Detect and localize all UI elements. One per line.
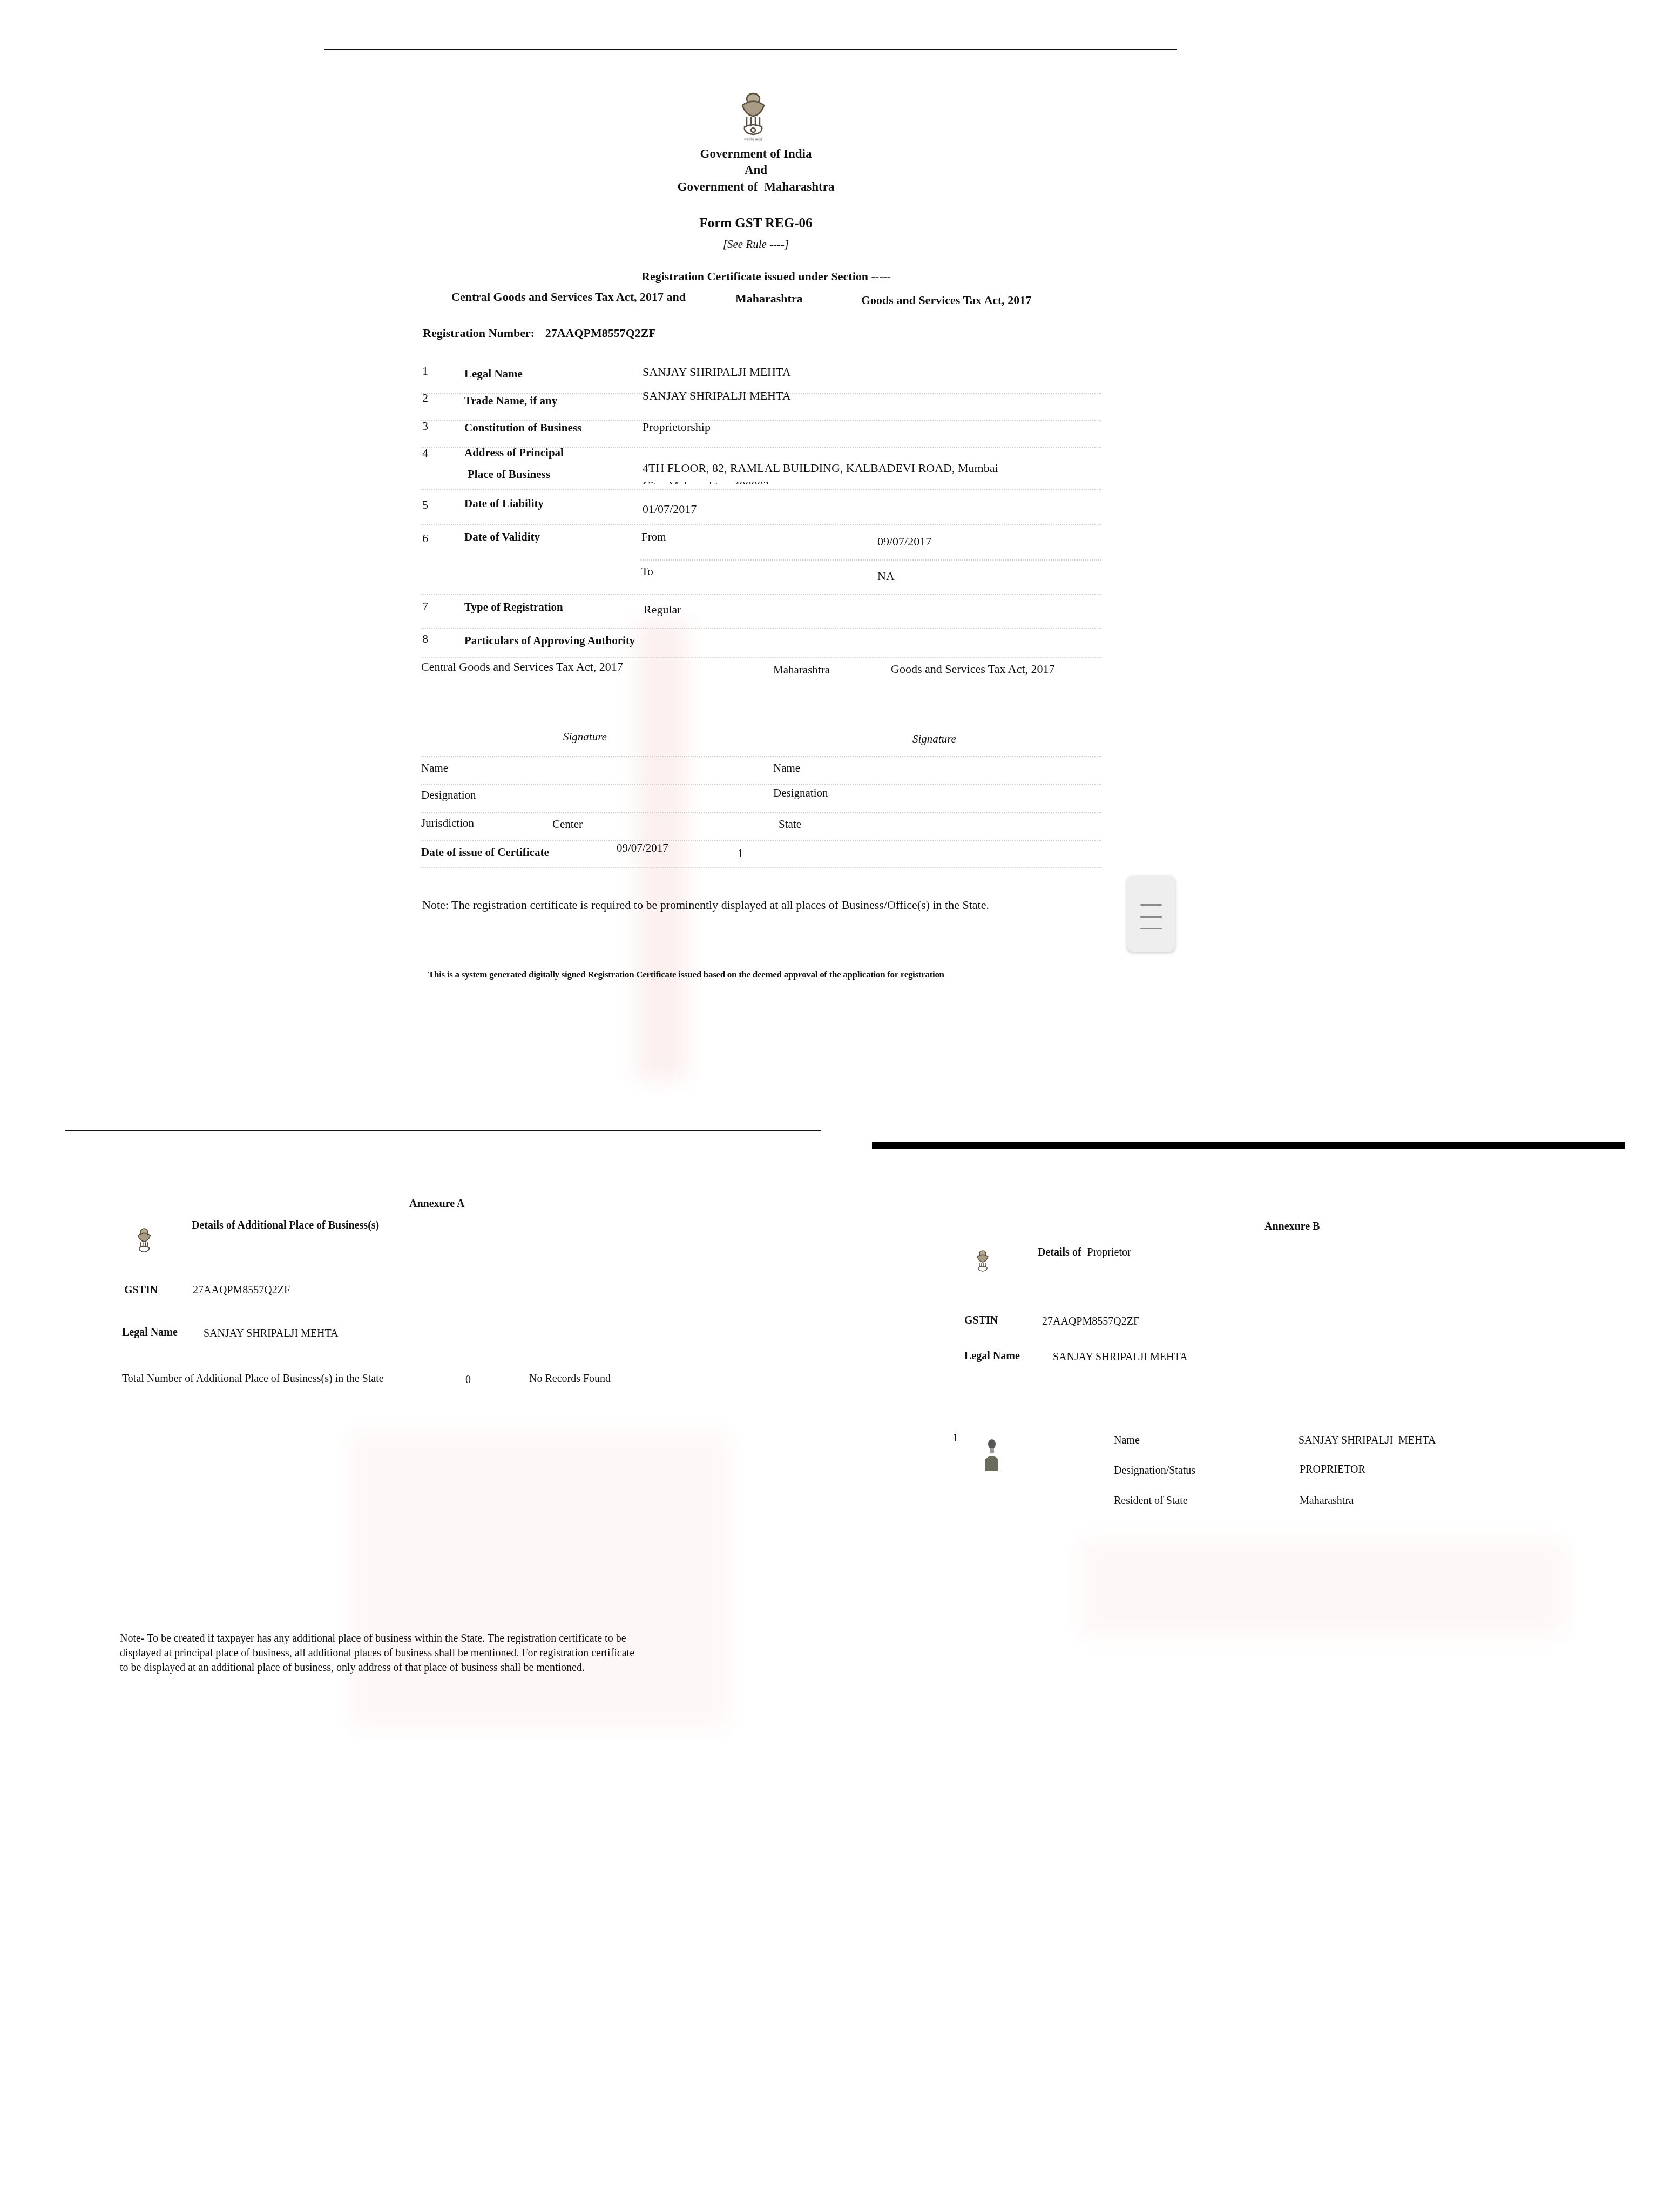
annexure-b-resident-value: Maharashtra xyxy=(1300,1495,1354,1507)
row-divider xyxy=(421,867,1101,868)
row-number: 3 xyxy=(422,419,428,433)
date-of-issue-value: 09/07/2017 xyxy=(617,841,668,855)
signature-center-label: Signature xyxy=(563,730,607,744)
row-value-constitution: Proprietorship xyxy=(643,420,711,434)
row-divider xyxy=(421,628,1101,629)
top-rule xyxy=(324,49,1177,50)
svg-text:सत्यमेव जयते: सत्यमेव जयते xyxy=(744,137,763,142)
annexure-a-no-records: No Records Found xyxy=(529,1373,611,1385)
form-rule: [See Rule ----] xyxy=(648,238,864,251)
and-heading: And xyxy=(648,163,864,177)
display-note: Note: The registration certificate is re… xyxy=(422,898,989,912)
annexure-a-legal-name: SANJAY SHRIPALJI MEHTA xyxy=(204,1327,339,1340)
row-number: 6 xyxy=(422,531,428,545)
annexure-b-designation-value: PROPRIETOR xyxy=(1300,1464,1365,1476)
annexure-b-name-value: SANJAY SHRIPALJI MEHTA xyxy=(1299,1434,1436,1447)
row-number: 8 xyxy=(422,632,428,646)
document-lines-icon[interactable] xyxy=(1127,876,1175,952)
row-value-date-liability: 01/07/2017 xyxy=(643,502,697,516)
validity-to-value: NA xyxy=(877,569,895,583)
validity-to-label: To xyxy=(641,565,653,578)
form-title: Form GST REG-06 xyxy=(648,216,864,231)
signature-state-label: Signature xyxy=(912,732,956,746)
annexure-b-name-label: Name xyxy=(1114,1434,1140,1447)
registration-number-value: 27AAQPM8557Q2ZF xyxy=(545,326,656,340)
annexure-b-subtitle-prefix: Details of xyxy=(1038,1246,1081,1258)
jurisdiction-center: Center xyxy=(552,818,583,831)
annexure-a-top-rule xyxy=(65,1130,821,1131)
annexure-a-gstin: 27AAQPM8557Q2ZF xyxy=(193,1284,290,1297)
row-label-type-registration: Type of Registration xyxy=(464,601,563,614)
issued-under-heading: Registration Certificate issued under Se… xyxy=(641,269,891,284)
state-act-state: Maharashtra xyxy=(735,292,803,306)
row-label-date-validity: Date of Validity xyxy=(464,530,540,544)
state-designation-label: Designation xyxy=(773,786,828,800)
gov-state-heading: Government of Maharashtra xyxy=(637,180,875,194)
registration-number: Registration Number: 27AAQPM8557Q2ZF xyxy=(423,326,656,340)
proprietor-photo xyxy=(984,1437,999,1471)
annexure-a-gstin-label: GSTIN xyxy=(124,1284,158,1297)
row-label-constitution: Constitution of Business xyxy=(464,421,581,435)
paper-stain xyxy=(1080,1539,1566,1636)
row-divider xyxy=(421,756,1101,757)
row-number: 4 xyxy=(422,446,428,460)
central-act-heading: Central Goods and Services Tax Act, 2017… xyxy=(451,290,686,304)
annexure-a-subtitle: Details of Additional Place of Business(… xyxy=(192,1219,379,1232)
registration-number-label: Registration Number: xyxy=(423,326,535,340)
annexure-b-resident-label: Resident of State xyxy=(1114,1495,1188,1507)
validity-from-value: 09/07/2017 xyxy=(877,535,931,549)
center-designation-label: Designation xyxy=(421,788,476,802)
annexure-b-top-rule xyxy=(872,1142,1625,1149)
annexure-b-title: Annexure B xyxy=(1264,1220,1320,1233)
annexure-b-subtitle: Details of Proprietor xyxy=(1038,1246,1131,1259)
annexure-b-designation-label: Designation/Status xyxy=(1114,1465,1195,1477)
annexure-a-legal-name-label: Legal Name xyxy=(122,1326,178,1339)
row-number: 2 xyxy=(422,391,428,405)
annexure-a-note-line-3: to be displayed at an additional place o… xyxy=(120,1662,585,1674)
row-divider xyxy=(421,657,1101,658)
center-name-label: Name xyxy=(421,761,448,775)
national-emblem-icon: सत्यमेव जयते xyxy=(737,89,769,143)
annexure-b-legal-name: SANJAY SHRIPALJI MEHTA xyxy=(1053,1351,1188,1364)
row-label-trade-name: Trade Name, if any xyxy=(464,394,557,408)
jurisdiction-state: State xyxy=(779,818,801,831)
row-value-address: 4TH FLOOR, 82, RAMLAL BUILDING, KALBADEV… xyxy=(643,461,998,475)
annexure-a-note-line-2: displayed at principal place of business… xyxy=(120,1647,634,1660)
row-divider xyxy=(421,812,1101,813)
row-value-legal-name: SANJAY SHRIPALJI MEHTA xyxy=(643,365,791,379)
stray-mark: 1 xyxy=(738,848,743,860)
row-divider xyxy=(640,559,1101,561)
annexure-b-legal-name-label: Legal Name xyxy=(964,1350,1020,1363)
row-number: 1 xyxy=(422,364,428,378)
annexure-a-note-line-1: Note- To be created if taxpayer has any … xyxy=(120,1633,626,1645)
national-emblem-icon xyxy=(975,1241,991,1283)
row-value-trade-name: SANJAY SHRIPALJI MEHTA xyxy=(643,389,791,403)
annexure-a-total-label: Total Number of Additional Place of Busi… xyxy=(122,1373,384,1385)
system-generated-note: This is a system generated digitally sig… xyxy=(428,969,944,980)
row-divider xyxy=(421,784,1101,785)
validity-from-label: From xyxy=(641,530,666,544)
annexure-a-total-value: 0 xyxy=(465,1374,471,1386)
row-label-approving-authority: Particulars of Approving Authority xyxy=(464,634,635,648)
row-number: 7 xyxy=(422,599,428,613)
row-number: 5 xyxy=(422,498,428,512)
annexure-b-subtitle-value: Proprietor xyxy=(1087,1246,1131,1258)
gov-of-prefix: Government of xyxy=(678,180,758,193)
row-value-type-registration: Regular xyxy=(644,603,681,617)
gov-india-heading: Government of India xyxy=(648,147,864,161)
row-value-address-2-clip: City, Maharashtra, 400002 xyxy=(643,478,769,484)
annexure-b-gstin-label: GSTIN xyxy=(964,1314,998,1327)
authority-state-act: Goods and Services Tax Act, 2017 xyxy=(891,662,1055,676)
authority-central-act: Central Goods and Services Tax Act, 2017 xyxy=(421,660,623,674)
row-label-legal-name: Legal Name xyxy=(464,367,523,381)
row-divider xyxy=(421,524,1101,525)
row-divider xyxy=(421,840,1101,841)
annexure-a-title: Annexure A xyxy=(409,1198,464,1210)
jurisdiction-label: Jurisdiction xyxy=(421,817,474,830)
row-divider xyxy=(421,594,1101,595)
row-value-address-2: City, Maharashtra, 400002 xyxy=(643,478,769,484)
state-name-label: Name xyxy=(773,761,800,775)
state-name: Maharashtra xyxy=(764,180,834,193)
row-label-address-2: Place of Business xyxy=(468,468,550,481)
annexure-b-entry-number: 1 xyxy=(952,1432,958,1445)
annexure-b-gstin: 27AAQPM8557Q2ZF xyxy=(1042,1316,1139,1328)
paper-stain xyxy=(351,1431,729,1728)
authority-state: Maharashtra xyxy=(773,663,830,677)
state-act-heading: Goods and Services Tax Act, 2017 xyxy=(861,293,1031,307)
date-of-issue-label: Date of issue of Certificate xyxy=(421,846,549,859)
national-emblem-icon xyxy=(135,1220,153,1263)
row-label-date-liability: Date of Liability xyxy=(464,497,544,510)
row-divider xyxy=(421,489,1101,490)
row-label-address: Address of Principal xyxy=(464,446,564,460)
